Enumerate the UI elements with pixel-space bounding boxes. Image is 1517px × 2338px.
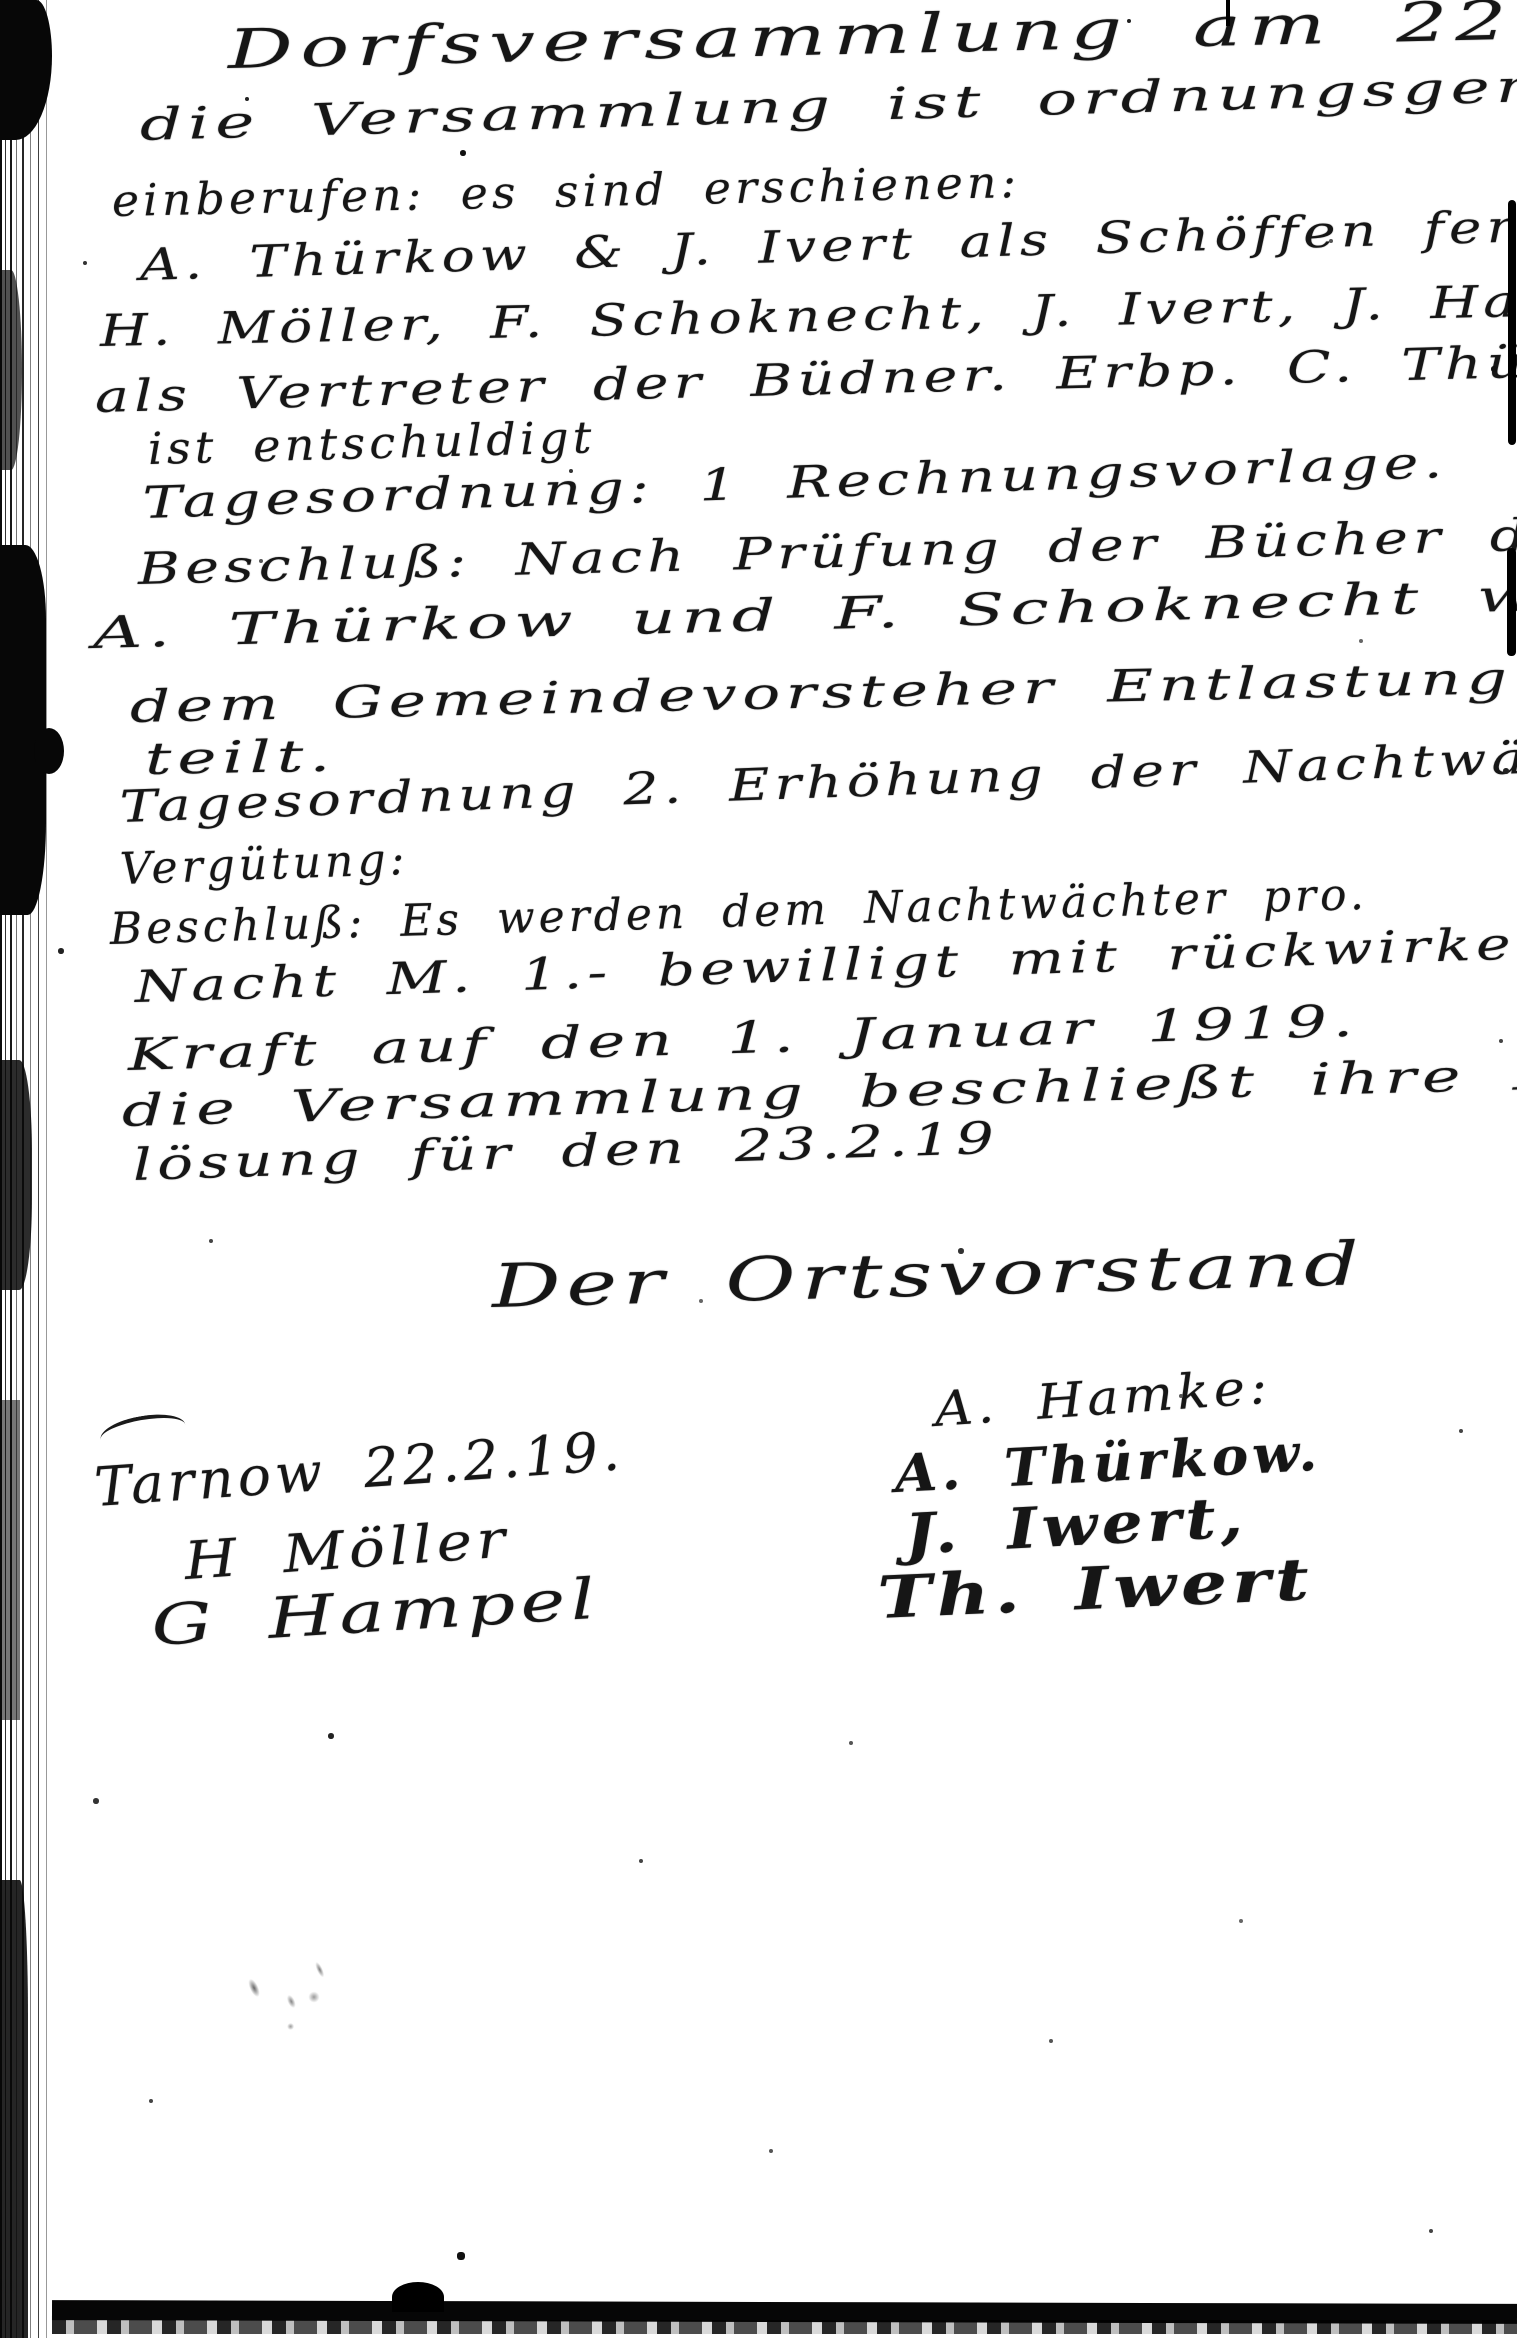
binding-ink-blotch <box>0 545 46 915</box>
binding-ink-blotch <box>34 728 64 774</box>
ink-smudge <box>220 1920 369 2069</box>
binding-ink-blotch <box>0 270 22 470</box>
bottom-ink-blob <box>392 2282 444 2312</box>
text-line: dem Gemeindevorsteher Entlastung er- <box>129 650 1517 733</box>
bottom-scan-fuzz <box>52 2320 1517 2334</box>
scan-speckles <box>0 0 2 2</box>
closing-line: Der Ortsvorstand <box>491 1229 1366 1322</box>
binding-ink-blotch <box>0 1060 32 1290</box>
right-edge-mark <box>1507 548 1516 656</box>
text-line: einberufen: es sind erschienen: <box>111 157 1020 227</box>
text-line: Vergütung: <box>119 834 409 895</box>
top-edge-mark <box>1226 0 1230 26</box>
scanned-document-page: Dorfsversammlung am 22.2 die Versammlung… <box>0 0 1517 2338</box>
binding-ink-blotch <box>0 1880 28 2338</box>
ink-flourish <box>98 1409 188 1455</box>
right-edge-mark <box>1508 200 1516 445</box>
binding-ink-blotch <box>0 1400 20 1720</box>
